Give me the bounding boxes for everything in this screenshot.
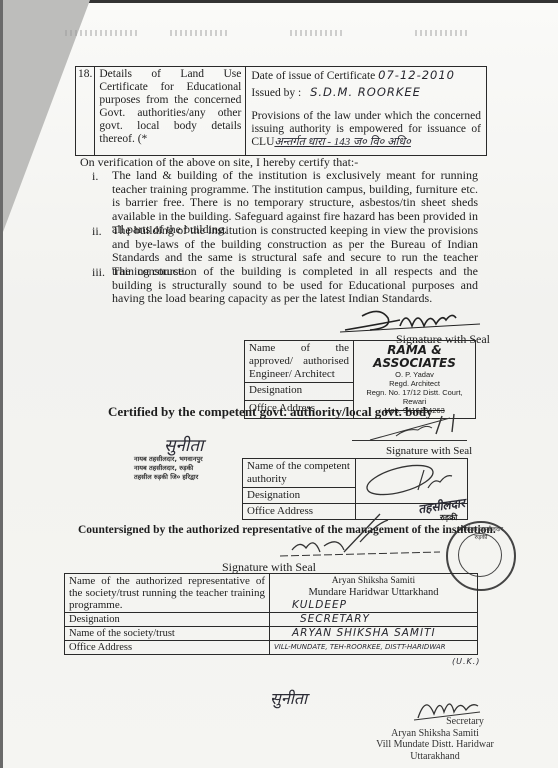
naib-tehsildar-stamp: नायब तहसीलदार, भगवानपुर नायब तहसीलदार, र… <box>134 455 242 482</box>
stamp-society: Aryan Shiksha Samiti <box>360 728 510 740</box>
office-address-value: VILL-MUNDATE, TEH-ROORKEE, DISTT-HARIDWA… <box>270 641 478 655</box>
society-name-value: ARYAN SHIKSHA SAMITI <box>270 627 478 641</box>
provisions-row: Provisions of the law under which the co… <box>251 110 481 149</box>
bleed-through-marks <box>65 30 140 36</box>
stamp-line: नायब तहसीलदार, रुड़की <box>134 464 242 473</box>
stamp-name: O. P. Yadav <box>356 370 473 379</box>
secretary-stamp: Secretary Aryan Shiksha Samiti Vill Mund… <box>360 716 510 762</box>
date-value: 07-12-2010 <box>378 68 455 82</box>
stamp-line: नायब तहसीलदार, भगवानपुर <box>134 455 242 464</box>
date-label: Date of issue of Certificate <box>251 70 375 82</box>
society-stamp-address: Mundare Haridwar Uttarkhand <box>274 587 473 599</box>
bleed-through-marks <box>290 30 345 36</box>
point-number: ii. <box>92 224 102 239</box>
point-number: i. <box>92 169 98 184</box>
representative-name: KULDEEP <box>274 599 473 611</box>
bleed-through-marks <box>415 30 470 36</box>
provisions-value: अन्तर्गत धारा - 143 ज० वि० अधि० <box>274 136 410 148</box>
stamp-firm: RAMA & ASSOCIATES <box>356 344 473 370</box>
competent-authority-label: Name of the competent authority <box>243 459 356 488</box>
office-address-label: Office Address <box>65 641 270 655</box>
society-stamp-name: Aryan Shiksha Samiti <box>274 575 473 587</box>
stamp-title: Regd. Architect <box>356 379 473 388</box>
office-address-state: (U.K.) <box>452 657 480 666</box>
competent-authority-signature <box>360 460 460 496</box>
management-signature <box>280 506 450 564</box>
left-authority-signature: सुनीता <box>164 433 203 456</box>
land-use-certificate-table: 18. Details of Land Use Certificate for … <box>75 66 487 156</box>
footer-signature-left: सुनीता <box>270 687 307 709</box>
item-number: 18. <box>76 67 95 156</box>
scan-left-edge <box>0 0 3 768</box>
govt-signature-label: Signature with Seal <box>386 445 472 457</box>
certification-point: The construction of the building is comp… <box>112 265 478 306</box>
point-number: iii. <box>92 265 105 280</box>
issued-by-label: Issued by : <box>251 87 301 99</box>
issued-by-value: S.D.M. ROORKEE <box>310 85 421 99</box>
scanned-document-page: 18. Details of Land Use Certificate for … <box>0 0 558 768</box>
issued-by-row: Issued by : S.D.M. ROORKEE <box>251 86 481 100</box>
stamp-address: Vill Mundate Distt. Haridwar <box>360 739 510 751</box>
management-table: Name of the authorized representative of… <box>64 573 478 655</box>
representative-value: Aryan Shiksha Samiti Mundare Haridwar Ut… <box>270 574 478 613</box>
govt-signature-line <box>352 440 467 441</box>
designation-value: SECRETARY <box>270 613 478 627</box>
engineer-name-label: Name of the approved/ authorised Enginee… <box>245 341 354 383</box>
bleed-through-marks <box>170 30 230 36</box>
item-label: Details of Land Use Certificate for Educ… <box>95 67 246 156</box>
stamp-title: Secretary <box>360 716 510 728</box>
stamp-line: तहसील रुड़की जि० हरिद्वार <box>134 473 242 482</box>
society-name-label: Name of the society/trust <box>65 627 270 641</box>
representative-label: Name of the authorized representative of… <box>65 574 270 613</box>
designation-label: Designation <box>65 613 270 627</box>
engineer-signature <box>340 306 490 334</box>
competent-designation-label: Designation <box>243 488 356 504</box>
date-of-issue-row: Date of issue of Certificate 07-12-2010 <box>251 69 481 83</box>
engineer-designation-label: Designation <box>245 383 354 401</box>
item-details: Date of issue of Certificate 07-12-2010 … <box>246 67 487 156</box>
govt-signature-marks <box>360 410 470 448</box>
stamp-state: Uttarakhand <box>360 751 510 763</box>
